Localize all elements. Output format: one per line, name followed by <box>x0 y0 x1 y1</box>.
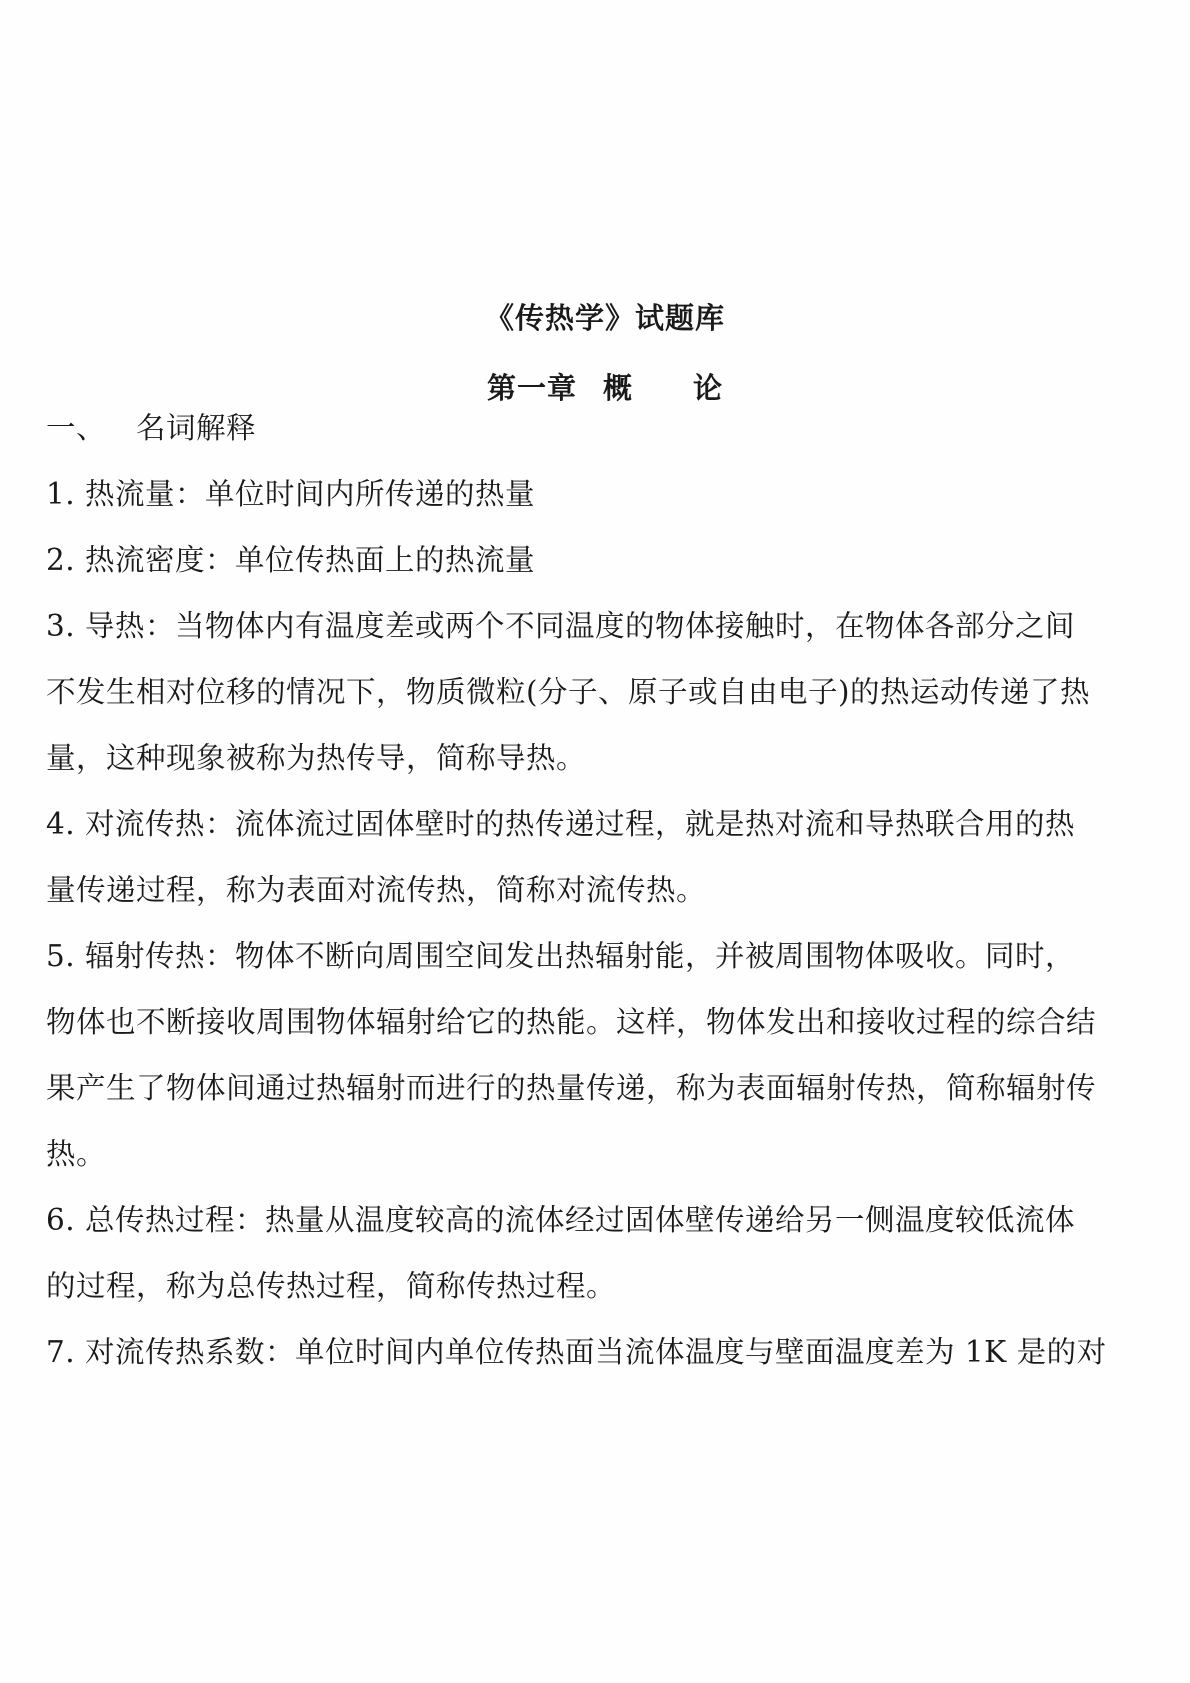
definition-line: 3. 导热：当物体内有温度差或两个不同温度的物体接触时，在物体各部分之间 <box>46 606 1156 646</box>
document-page: 《传热学》试题库 第一章概论 一、名词解释 1. 热流量：单位时间内所传递的热量… <box>0 0 1190 1683</box>
definition-line: 6. 总传热过程：热量从温度较高的流体经过固体壁传递给另一侧温度较低流体 <box>46 1200 1156 1240</box>
chapter-name-part1: 概 <box>603 371 633 405</box>
definition-line: 7. 对流传热系数：单位时间内单位传热面当流体温度与壁面温度差为 1K 是的对 <box>46 1332 1156 1372</box>
section-heading: 一、名词解释 <box>46 408 1156 448</box>
chapter-number: 第一章 <box>487 371 577 405</box>
section-title: 名词解释 <box>136 411 256 445</box>
definition-line: 的过程，称为总传热过程，简称传热过程。 <box>46 1266 1156 1306</box>
definition-line: 5. 辐射传热：物体不断向周围空间发出热辐射能，并被周围物体吸收。同时， <box>46 936 1156 976</box>
definition-line: 2. 热流密度：单位传热面上的热流量 <box>46 540 1156 580</box>
definition-line: 热。 <box>46 1134 1156 1174</box>
definition-line: 量，这种现象被称为热传导，简称导热。 <box>46 738 1156 778</box>
definition-line: 量传递过程，称为表面对流传热，简称对流传热。 <box>46 870 1156 910</box>
chapter-name-part2: 论 <box>693 371 723 405</box>
chapter-heading: 第一章概论 <box>0 366 1190 407</box>
definition-line: 不发生相对位移的情况下，物质微粒(分子、原子或自由电子)的热运动传递了热 <box>46 672 1156 712</box>
definition-line: 1. 热流量：单位时间内所传递的热量 <box>46 474 1156 514</box>
document-title: 《传热学》试题库 <box>0 296 1190 337</box>
section-number: 一、 <box>46 408 136 448</box>
definition-line: 物体也不断接收周围物体辐射给它的热能。这样，物体发出和接收过程的综合结 <box>46 1002 1156 1042</box>
definition-line: 果产生了物体间通过热辐射而进行的热量传递，称为表面辐射传热，简称辐射传 <box>46 1068 1156 1108</box>
definition-line: 4. 对流传热：流体流过固体壁时的热传递过程，就是热对流和导热联合用的热 <box>46 804 1156 844</box>
